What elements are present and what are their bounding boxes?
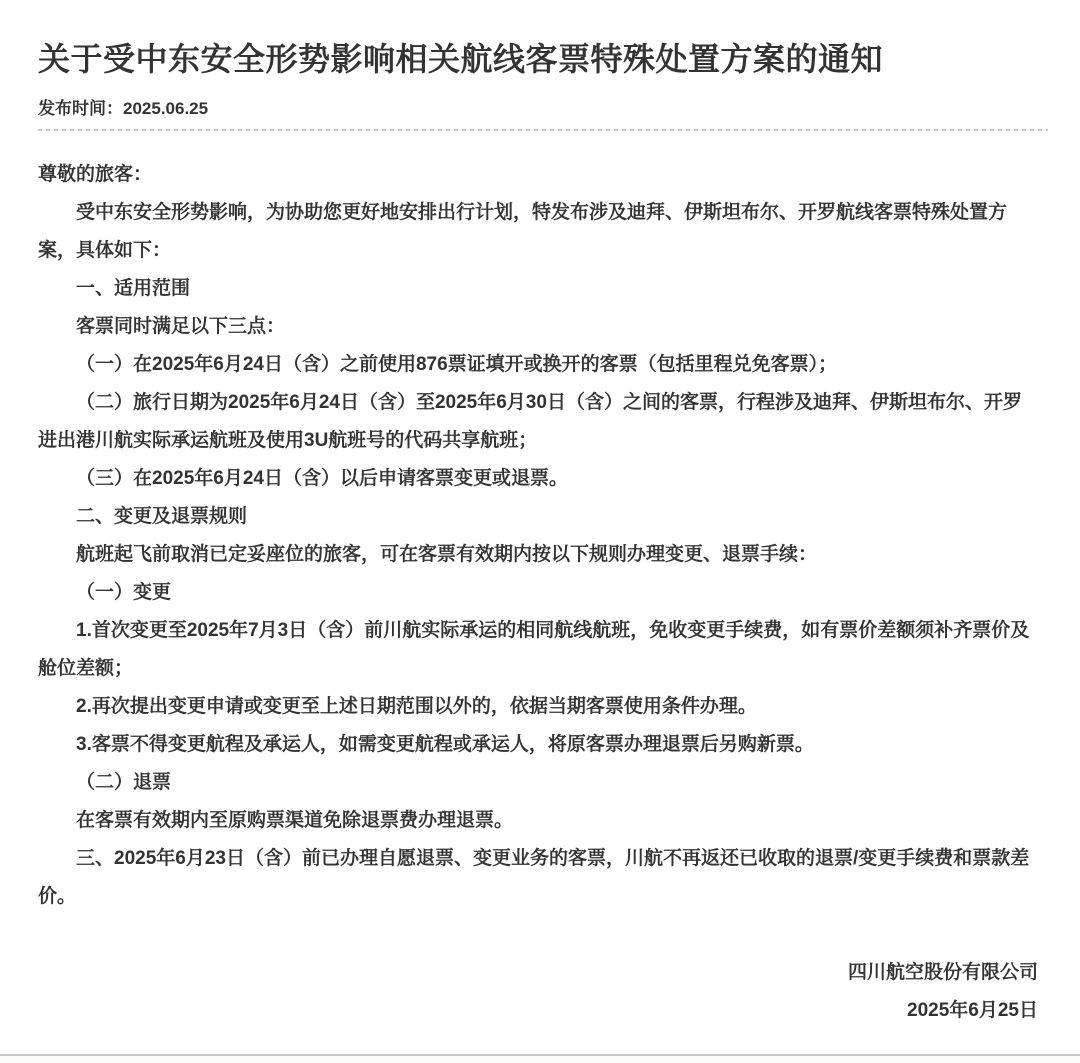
notice-paragraph: 受中东安全形势影响，为协助您更好地安排出行计划，特发布涉及迪拜、伊斯坦布尔、开罗…	[38, 194, 1038, 270]
dashed-divider	[38, 129, 1048, 131]
notice-paragraph: 2.再次提出变更申请或变更至上述日期范围以外的，依据当期客票使用条件办理。	[38, 688, 1038, 726]
notice-paragraph: 3.客票不得变更航程及承运人，如需变更航程或承运人，将原客票办理退票后另购新票。	[38, 726, 1038, 764]
bottom-border-line	[0, 1054, 1080, 1063]
notice-paragraph: 尊敬的旅客：	[38, 156, 1038, 194]
notice-page: { "theme": { "text_color": "#333333", "d…	[0, 0, 1080, 1063]
notice-content: 关于受中东安全形势影响相关航线客票特殊处置方案的通知 发布时间：2025.06.…	[0, 0, 1038, 1030]
notice-paragraph: 在客票有效期内至原购票渠道免除退票费办理退票。	[38, 802, 1038, 840]
publish-date: 发布时间：2025.06.25	[38, 99, 1038, 119]
page-title: 关于受中东安全形势影响相关航线客票特殊处置方案的通知	[38, 0, 1038, 78]
notice-paragraph: （三）在2025年6月24日（含）以后申请客票变更或退票。	[38, 460, 1038, 498]
notice-paragraph: 客票同时满足以下三点：	[38, 308, 1038, 346]
signature-company: 四川航空股份有限公司	[38, 954, 1038, 992]
notice-paragraph: 一、适用范围	[38, 270, 1038, 308]
notice-paragraph: 航班起飞前取消已定妥座位的旅客，可在客票有效期内按以下规则办理变更、退票手续：	[38, 536, 1038, 574]
notice-paragraph: 三、2025年6月23日（含）前已办理自愿退票、变更业务的客票，川航不再返还已收…	[38, 840, 1038, 916]
notice-paragraph: 二、变更及退票规则	[38, 498, 1038, 536]
notice-body: 尊敬的旅客：受中东安全形势影响，为协助您更好地安排出行计划，特发布涉及迪拜、伊斯…	[38, 156, 1038, 916]
notice-paragraph: （二）旅行日期为2025年6月24日（含）至2025年6月30日（含）之间的客票…	[38, 384, 1038, 460]
signature-date: 2025年6月25日	[38, 992, 1038, 1030]
notice-paragraph: （一）变更	[38, 574, 1038, 612]
notice-paragraph: （一）在2025年6月24日（含）之前使用876票证填开或换开的客票（包括里程兑…	[38, 346, 1038, 384]
notice-paragraph: 1.首次变更至2025年7月3日（含）前川航实际承运的相同航线航班，免收变更手续…	[38, 612, 1038, 688]
notice-paragraph: （二）退票	[38, 764, 1038, 802]
signature-block: 四川航空股份有限公司 2025年6月25日	[38, 954, 1038, 1030]
